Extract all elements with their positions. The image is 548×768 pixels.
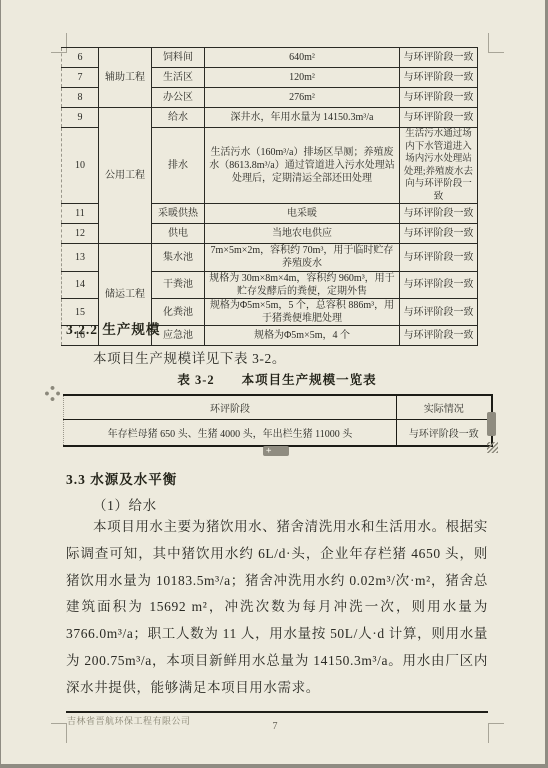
insert-column-handle[interactable] bbox=[487, 412, 496, 436]
group-cell: 公用工程 bbox=[99, 108, 152, 244]
section-3-3-paragraph: 本项目用水主要为猪饮用水、猪舍清洗用水和生活用水。根据实际调查可知，其中猪饮用水… bbox=[66, 514, 488, 702]
table-row: 年存栏母猪 650 头、生猪 4000 头，年出栏生猪 11000 头 与环评阶… bbox=[64, 420, 492, 447]
footer-divider bbox=[66, 711, 488, 713]
table-row: 6 辅助工程 饲料间 640m² 与环评阶段一致 bbox=[62, 48, 478, 68]
status-cell: 与环评阶段一致 bbox=[400, 108, 478, 128]
desc-cell: 规格为Φ5m×5m，5 个，总容积 886m³，用于猪粪便堆肥处理 bbox=[205, 298, 400, 325]
desc-cell: 640m² bbox=[205, 48, 400, 68]
table-row: 9 公用工程 给水 深井水，年用水量为 14150.3m³/a 与环评阶段一致 bbox=[62, 108, 478, 128]
row-number-cell: 7 bbox=[62, 68, 99, 88]
margin-corner-mark-top-right bbox=[488, 33, 504, 53]
table-move-handle-icon[interactable] bbox=[45, 386, 60, 401]
item-cell: 生活区 bbox=[152, 68, 205, 88]
status-cell: 与环评阶段一致 bbox=[400, 271, 478, 298]
desc-cell: 规格为 30m×8m×4m，容积约 960m³，用于贮存发酵后的粪便，定期外售 bbox=[205, 271, 400, 298]
page-number: 7 bbox=[1, 721, 545, 732]
item-cell: 集水池 bbox=[152, 244, 205, 271]
desc-cell: 深井水，年用水量为 14150.3m³/a bbox=[205, 108, 400, 128]
status-cell: 与环评阶段一致 bbox=[400, 48, 478, 68]
item-cell: 给水 bbox=[152, 108, 205, 128]
row-number-cell: 12 bbox=[62, 224, 99, 244]
row-number-cell: 13 bbox=[62, 244, 99, 271]
status-cell: 与环评阶段一致 bbox=[400, 244, 478, 271]
status-cell: 与环评阶段一致 bbox=[400, 224, 478, 244]
item-cell: 采暖供热 bbox=[152, 204, 205, 224]
header-cell: 实际情况 bbox=[397, 395, 492, 420]
insert-row-button[interactable]: + bbox=[263, 446, 289, 456]
item-cell: 办公区 bbox=[152, 88, 205, 108]
row-number-cell: 8 bbox=[62, 88, 99, 108]
row-number-cell: 9 bbox=[62, 108, 99, 128]
desc-cell: 当地农电供应 bbox=[205, 224, 400, 244]
row-number-cell: 11 bbox=[62, 204, 99, 224]
desc-cell: 电采暖 bbox=[205, 204, 400, 224]
desc-cell: 生活污水（160m³/a）排场区旱厕；养殖废水（8613.8m³/a）通过管道进… bbox=[205, 128, 400, 204]
row-number-cell: 6 bbox=[62, 48, 99, 68]
section-heading-3-2-2: 3.2.2 生产规模 bbox=[66, 318, 160, 338]
status-cell: 与环评阶段一致 bbox=[400, 298, 478, 325]
item-cell: 供电 bbox=[152, 224, 205, 244]
document-page: 6 辅助工程 饲料间 640m² 与环评阶段一致 7 生活区 120m² 与环评… bbox=[1, 0, 545, 764]
item-cell: 饲料间 bbox=[152, 48, 205, 68]
table-3-2-caption: 表 3-2 本项目生产规模一览表 bbox=[63, 370, 491, 388]
table-row: 13 储运工程 集水池 7m×5m×2m，容积约 70m³，用于临时贮存养殖废水… bbox=[62, 244, 478, 271]
table-resize-grip-icon[interactable] bbox=[487, 442, 498, 453]
desc-cell: 120m² bbox=[205, 68, 400, 88]
table-header-row: 环评阶段 实际情况 bbox=[64, 395, 492, 420]
status-cell: 与环评阶段一致 bbox=[400, 88, 478, 108]
scale-status-cell: 与环评阶段一致 bbox=[397, 420, 492, 447]
row-number-cell: 14 bbox=[62, 271, 99, 298]
header-cell: 环评阶段 bbox=[64, 395, 397, 420]
facilities-table: 6 辅助工程 饲料间 640m² 与环评阶段一致 7 生活区 120m² 与环评… bbox=[61, 47, 478, 346]
section-3-2-2-paragraph: 本项目生产规模详见下表 3-2。 bbox=[93, 347, 286, 367]
section-3-3-subheading: （1）给水 bbox=[93, 494, 157, 514]
group-cell: 辅助工程 bbox=[99, 48, 152, 108]
item-cell: 排水 bbox=[152, 128, 205, 204]
status-cell: 与环评阶段一致 bbox=[400, 326, 478, 346]
desc-cell: 规格为Φ5m×5m，4 个 bbox=[205, 326, 400, 346]
row-number-cell: 10 bbox=[62, 128, 99, 204]
desc-cell: 7m×5m×2m，容积约 70m³，用于临时贮存养殖废水 bbox=[205, 244, 400, 271]
status-cell: 与环评阶段一致 bbox=[400, 68, 478, 88]
status-cell: 生活污水通过场内下水管道进入场内污水处理站处理;养殖废水去向与环评阶段一致 bbox=[400, 128, 478, 204]
scale-desc-cell: 年存栏母猪 650 头、生猪 4000 头，年出栏生猪 11000 头 bbox=[64, 420, 397, 447]
item-cell: 干粪池 bbox=[152, 271, 205, 298]
status-cell: 与环评阶段一致 bbox=[400, 204, 478, 224]
production-scale-table: 环评阶段 实际情况 年存栏母猪 650 头、生猪 4000 头，年出栏生猪 11… bbox=[63, 394, 493, 447]
desc-cell: 276m² bbox=[205, 88, 400, 108]
section-heading-3-3: 3.3 水源及水平衡 bbox=[66, 468, 177, 488]
